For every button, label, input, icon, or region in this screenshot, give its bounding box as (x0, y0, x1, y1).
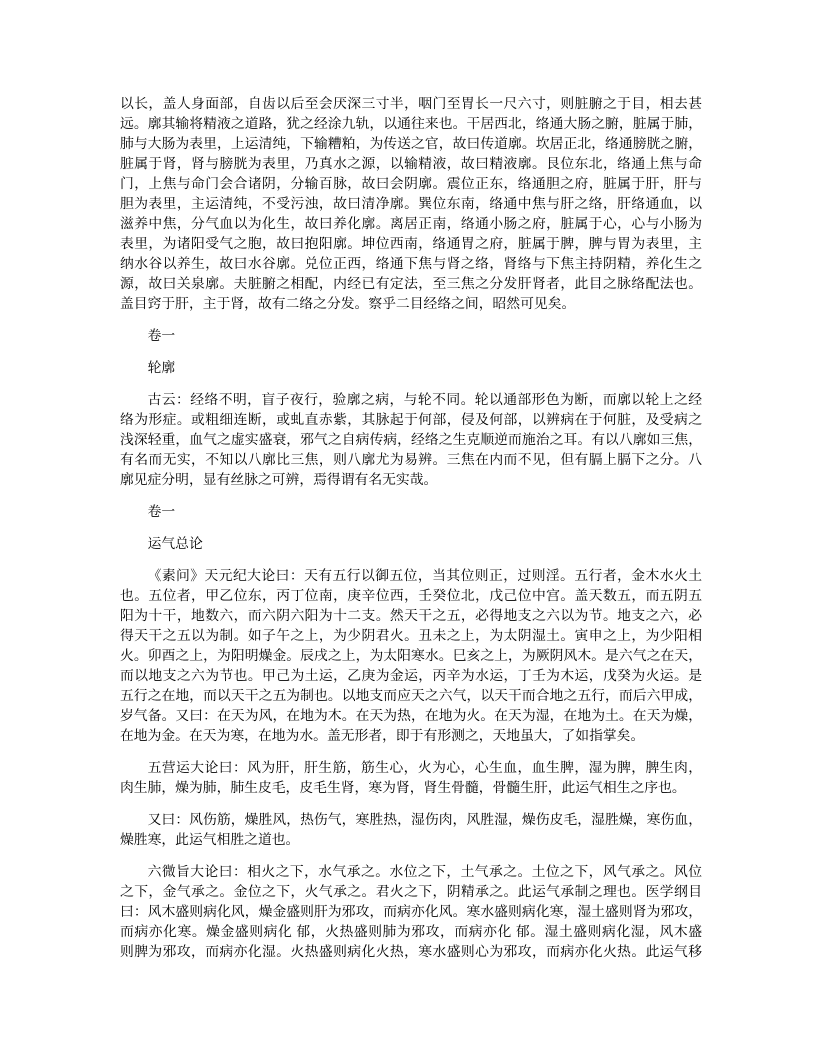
text-line: 表里，为诸阳受气之胞，故曰抱阳廓。坤位西南，络通胃之府，脏属于脾，脾与胃为表里，… (120, 234, 702, 254)
text-line: 也。五位者，甲乙位东，丙丁位南，庚辛位西，壬癸位北，戊己位中宫。盖天数五，而五阴… (120, 586, 702, 606)
text-line: 五营运大论曰：风为肝，肝生筋，筋生心，火为心，心生血，血生脾，湿为脾，脾生肉， (120, 758, 702, 778)
chapter-heading-lunkuo: 轮廓 (120, 358, 702, 378)
text-line: 门，上焦与命门会合诸阴，分输百脉，故曰会阴廓。震位正东，络通胆之府，脏属于肝，肝… (120, 174, 702, 194)
text-line: 《素问》天元纪大论曰：天有五行以御五位，当其位则正，过则淫。五行者，金木水火土 (120, 566, 702, 586)
chapter-heading-yunqi: 运气总论 (120, 534, 702, 554)
text-line: 之下，金气承之。金位之下，火气承之。君火之下，阴精承之。此运气承制之理也。医学纲… (120, 882, 702, 902)
heading-text: 卷一 (120, 326, 702, 346)
text-line: 火。卯酉之上，为阳明燥金。辰戌之上，为太阳寒水。巳亥之上，为厥阴风木。是六气之在… (120, 646, 702, 666)
heading-text: 轮廓 (120, 358, 702, 378)
text-line: 脏属于肾，肾与膀胱为表里，乃真水之源，以输精液，故曰精液廓。艮位东北，络通上焦与… (120, 154, 702, 174)
text-line: 在地为金。在天为寒，在地为水。盖无形者，即于有形测之，天地虽大，了如指掌矣。 (120, 726, 702, 746)
paragraph-wuyingyun: 五营运大论曰：风为肝，肝生筋，筋生心，火为心，心生血，血生脾，湿为脾，脾生肉， … (120, 758, 702, 798)
heading-text: 卷一 (120, 502, 702, 522)
paragraph-eight-walls: 以长，盖人身面部，自齿以后至会厌深三寸半，咽门至胃长一尺六寸，则脏腑之于目，相去… (120, 94, 702, 314)
paragraph-liuweizhi: 六微旨大论曰：相火之下，水气承之。水位之下，土气承之。土位之下，风气承之。风位 … (120, 862, 702, 962)
document-page: 以长，盖人身面部，自齿以后至会厌深三寸半，咽门至胃长一尺六寸，则脏腑之于目，相去… (0, 0, 816, 1056)
text-line: 廓见症分明，显有丝脉之可辨，焉得谓有名无实哉。 (120, 470, 702, 490)
text-line: 远。廓其输将精液之道路，犹之经涂九轨，以通往来也。干居西北，络通大肠之腑，脏属于… (120, 114, 702, 134)
text-line: 络为形症。或粗细连断，或虬直赤紫，其脉起于何部，侵及何部，以辨病在于何脏，及受病… (120, 410, 702, 430)
text-line: 浅深轻重，血气之虚实盛衰，邪气之自病传病，经络之生克顺逆而施治之耳。有以八廓如三… (120, 430, 702, 450)
text-line: 燥胜寒，此运气相胜之道也。 (120, 830, 702, 850)
text-line: 肉生肺，燥为肺，肺生皮毛，皮毛生肾，寒为肾，肾生骨髓，骨髓生肝，此运气相生之序也… (120, 778, 702, 798)
text-line: 岁气备。又曰：在天为风，在地为木。在天为热，在地为火。在天为湿，在地为土。在天为… (120, 706, 702, 726)
text-line: 肺与大肠为表里，上运清纯，下输糟粕，为传送之官，故曰传道廓。坎居正北，络通膀胱之… (120, 134, 702, 154)
text-line: 盖目窍于肝，主于肾，故有二络之分发。察乎二目经络之间，昭然可见矣。 (120, 294, 702, 314)
text-line: 纳水谷以养生，故曰水谷廓。兑位正西，络通下焦与肾之络，肾络与下焦主持阴精，养化生… (120, 254, 702, 274)
text-line: 又曰：风伤筋，燥胜风，热伤气，寒胜热，湿伤肉，风胜湿，燥伤皮毛，湿胜燥，寒伤血， (120, 810, 702, 830)
volume-heading: 卷一 (120, 326, 702, 346)
document-content: 以长，盖人身面部，自齿以后至会厌深三寸半，咽门至胃长一尺六寸，则脏腑之于目，相去… (120, 94, 702, 962)
text-line: 而以地支之六为节也。甲己为土运，乙庚为金运，丙辛为水运，丁壬为木运，戊癸为火运。… (120, 666, 702, 686)
text-line: 曰：风木盛则病化风，燥金盛则肝为邪攻，而病亦化风。寒水盛则病化寒，湿土盛则肾为邪… (120, 902, 702, 922)
text-line: 得天干之五以为制。如子午之上，为少阴君火。丑未之上，为太阴湿土。寅申之上，为少阳… (120, 626, 702, 646)
text-line: 源，故曰关泉廓。夫脏腑之相配，内经已有定法，至三焦之分发肝肾者，此目之脉络配法也… (120, 274, 702, 294)
text-line: 胆为表里，主运清纯，不受污浊，故曰清净廓。巽位东南，络通中焦与肝之络，肝络通血，… (120, 194, 702, 214)
text-line: 有名而无实，不知以八廓比三焦，则八廓尤为易辨。三焦在内而不见，但有膈上膈下之分。… (120, 450, 702, 470)
text-line: 滋养中焦，分气血以为化生，故曰养化廓。离居正南，络通小肠之府，脏属于心，心与小肠… (120, 214, 702, 234)
text-line: 则脾为邪攻，而病亦化湿。火热盛则病化火热，寒水盛则心为邪攻，而病亦化火热。此运气… (120, 942, 702, 962)
paragraph-suwen: 《素问》天元纪大论曰：天有五行以御五位，当其位则正，过则淫。五行者，金木水火土 … (120, 566, 702, 746)
heading-text: 运气总论 (120, 534, 702, 554)
text-line: 而病亦化寒。燥金盛则病化 郁，火热盛则肺为邪攻，而病亦化 郁。湿土盛则病化湿，风… (120, 922, 702, 942)
text-line: 六微旨大论曰：相火之下，水气承之。水位之下，土气承之。土位之下，风气承之。风位 (120, 862, 702, 882)
text-line: 古云：经络不明，盲子夜行，验廓之病，与轮不同。轮以通部形色为断，而廓以轮上之经 (120, 390, 702, 410)
paragraph-guyun: 古云：经络不明，盲子夜行，验廓之病，与轮不同。轮以通部形色为断，而廓以轮上之经 … (120, 390, 702, 490)
paragraph-youyue: 又曰：风伤筋，燥胜风，热伤气，寒胜热，湿伤肉，风胜湿，燥伤皮毛，湿胜燥，寒伤血，… (120, 810, 702, 850)
text-line: 阳为十干，地数六，而六阴六阳为十二支。然天干之五，必得地支之六以为节。地支之六，… (120, 606, 702, 626)
volume-heading: 卷一 (120, 502, 702, 522)
text-line: 五行之在地，而以天干之五为制也。以地支而应天之六气，以天干而合地之五行，而后六甲… (120, 686, 702, 706)
text-line: 以长，盖人身面部，自齿以后至会厌深三寸半，咽门至胃长一尺六寸，则脏腑之于目，相去… (120, 94, 702, 114)
